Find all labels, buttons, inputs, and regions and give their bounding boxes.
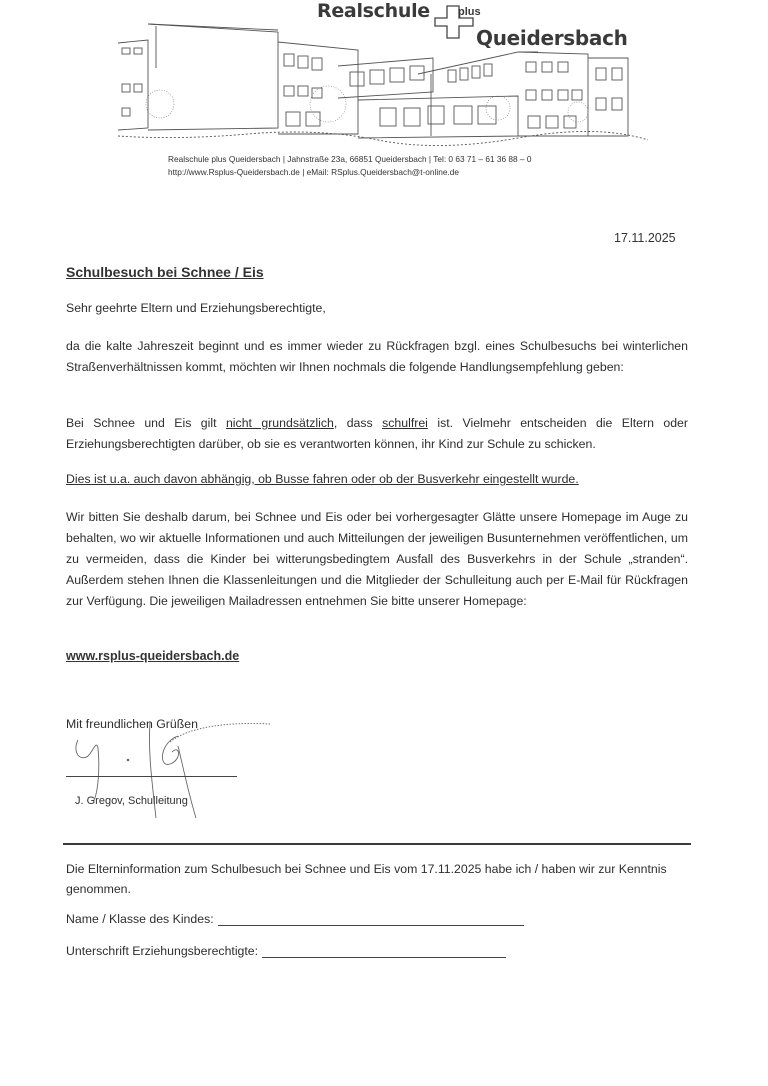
signer-name: J. Gregov, Schulleitung <box>75 795 188 807</box>
school-name-plus: plus <box>458 6 481 18</box>
handwritten-signature <box>70 722 280 822</box>
text: , dass <box>334 416 382 430</box>
school-name-line2: Queidersbach <box>476 26 628 50</box>
guardian-signature-row: Unterschrift Erziehungsberechtigte: <box>66 943 506 958</box>
salutation: Sehr geehrte Eltern und Erziehungsberech… <box>66 298 688 319</box>
child-name-class-row: Name / Klasse des Kindes: <box>66 911 524 926</box>
paragraph-intro: da die kalte Jahreszeit beginnt und es i… <box>66 336 688 378</box>
letter-date: 17.11.2025 <box>614 231 676 245</box>
guardian-signature-label: Unterschrift Erziehungsberechtigte: <box>66 944 258 958</box>
letter-title: Schulbesuch bei Schnee / Eis <box>66 264 264 280</box>
signature-line <box>66 776 237 777</box>
emphasis-school-free: schulfrei <box>382 416 428 430</box>
text: Bei Schnee und Eis gilt <box>66 416 226 430</box>
address-line: Realschule plus Queidersbach | Jahnstraß… <box>168 153 531 166</box>
school-address: Realschule plus Queidersbach | Jahnstraß… <box>168 153 531 178</box>
child-name-class-field[interactable] <box>218 911 524 926</box>
reply-confirmation-text: Die Elterninformation zum Schulbesuch be… <box>66 859 696 899</box>
emphasis-not-generally: nicht grundsätzlich <box>226 416 334 430</box>
cut-divider <box>63 843 691 845</box>
school-name-line1: Realschule <box>317 0 430 22</box>
guardian-signature-field[interactable] <box>262 943 506 958</box>
child-name-class-label: Name / Klasse des Kindes: <box>66 912 214 926</box>
paragraph-bus-note: Dies ist u.a. auch davon abhängig, ob Bu… <box>66 469 688 490</box>
paragraph-rule: Bei Schnee und Eis gilt nicht grundsätzl… <box>66 413 688 455</box>
homepage-link[interactable]: www.rsplus-queidersbach.de <box>66 649 239 663</box>
paragraph-homepage-request: Wir bitten Sie deshalb darum, bei Schnee… <box>66 507 688 612</box>
contact-line: http://www.Rsplus-Queidersbach.de | eMai… <box>168 166 531 179</box>
